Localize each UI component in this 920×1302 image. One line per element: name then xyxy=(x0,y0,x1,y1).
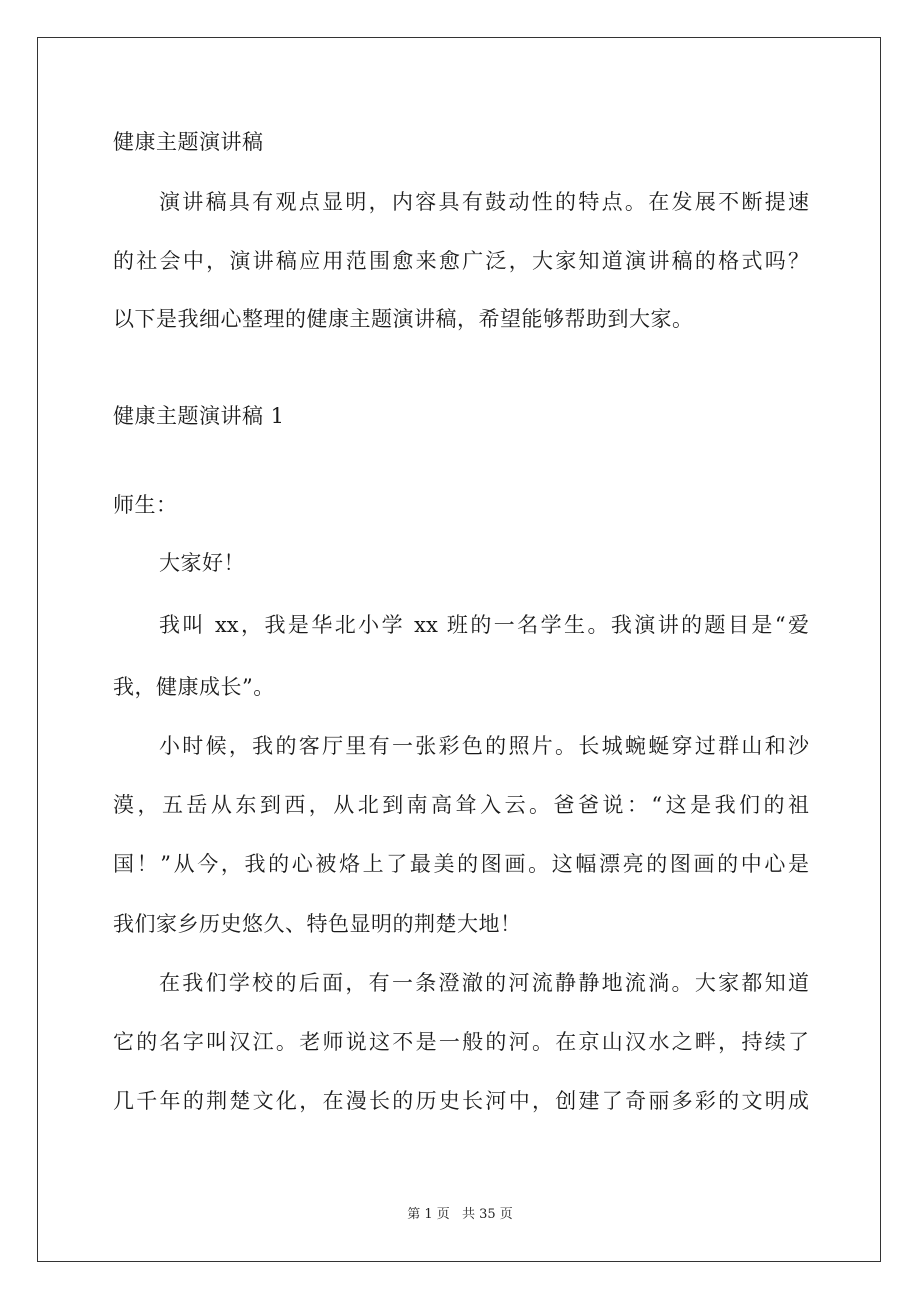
page-total: 共 35 页 xyxy=(462,1207,513,1222)
page-border xyxy=(37,37,881,1262)
intro-line: 演讲稿具有观点显明，内容具有鼓动性的特点。在发展不断提速 xyxy=(159,190,809,214)
paragraph-line: 漠，五岳从东到西，从北到南高耸入云。爸爸说：“这是我们的祖 xyxy=(113,793,809,817)
intro-line: 以下是我细心整理的健康主题演讲稿，希望能够帮助到大家。 xyxy=(113,307,694,331)
section-title: 健康主题演讲稿 1 xyxy=(113,404,285,428)
paragraph-line: 我们家乡历史悠久、特色显明的荆楚大地！ xyxy=(113,912,522,936)
paragraph-line: 在我们学校的后面，有一条澄澈的河流静静地流淌。大家都知道 xyxy=(159,971,809,995)
paragraph-line: 几千年的荆楚文化，在漫长的历史长河中，创建了奇丽多彩的文明成 xyxy=(113,1089,809,1113)
document-title: 健康主题演讲稿 xyxy=(113,130,264,154)
paragraph-line: 国！”从今，我的心被烙上了最美的图画。这幅漂亮的图画的中心是 xyxy=(113,852,809,876)
salutation: 师生： xyxy=(113,493,178,517)
paragraph-line: 我，健康成长”。 xyxy=(113,675,275,699)
intro-line: 的社会中，演讲稿应用范围愈来愈广泛，大家知道演讲稿的格式吗？ xyxy=(113,249,809,273)
greeting: 大家好！ xyxy=(159,551,245,575)
page-footer: 第 1 页 共 35 页 xyxy=(0,1207,920,1223)
paragraph-line: 小时候，我的客厅里有一张彩色的照片。长城蜿蜒穿过群山和沙 xyxy=(159,734,809,758)
page-number: 第 1 页 xyxy=(407,1207,450,1222)
paragraph-line: 我叫 xx，我是华北小学 xx 班的一名学生。我演讲的题目是“爱 xyxy=(159,613,809,637)
paragraph-line: 它的名字叫汉江。老师说这不是一般的河。在京山汉水之畔，持续了 xyxy=(113,1030,809,1054)
